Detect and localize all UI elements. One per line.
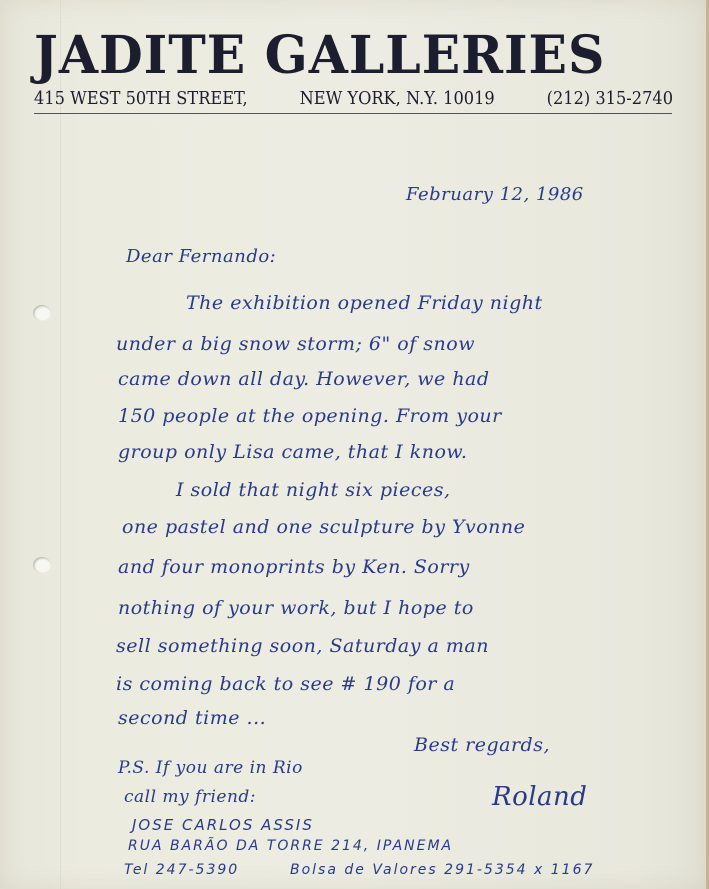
gallery-phone: (212) 315-2740 [547, 89, 673, 109]
punch-hole-lower [33, 557, 51, 573]
postscript-line: P.S. If you are in Rio [118, 758, 303, 778]
punch-hole-upper [33, 305, 51, 321]
body-line: and four monoprints by Ken. Sorry [118, 556, 470, 578]
letter-paper: JADITE GALLERIES 415 WEST 50TH STREET, N… [0, 0, 706, 889]
postscript-line: call my friend: [124, 787, 256, 807]
contact-name: JOSE CARLOS ASSIS [132, 816, 314, 834]
body-line: is coming back to see # 190 for a [116, 673, 455, 695]
body-line: nothing of your work, but I hope to [118, 597, 474, 619]
gallery-street: 415 WEST 50TH STREET, [34, 89, 248, 109]
letter-date: February 12, 1986 [406, 184, 584, 205]
body-line: second time ... [118, 707, 266, 729]
gallery-address: 415 WEST 50TH STREET, NEW YORK, N.Y. 100… [34, 89, 673, 109]
body-line: sell something soon, Saturday a man [116, 635, 489, 657]
signature: Roland [492, 782, 587, 812]
contact-work-phone: Bolsa de Valores 291-5354 x 1167 [290, 862, 594, 878]
closing: Best regards, [414, 734, 550, 756]
body-line: I sold that night six pieces, [176, 479, 451, 501]
salutation: Dear Fernando: [126, 246, 276, 267]
letterhead-rule [34, 113, 672, 114]
body-line: under a big snow storm; 6" of snow [116, 333, 475, 355]
body-line: The exhibition opened Friday night [186, 292, 543, 314]
body-line: came down all day. However, we had [118, 368, 490, 390]
body-line: group only Lisa came, that I know. [118, 441, 467, 463]
body-line: 150 people at the opening. From your [118, 405, 502, 427]
paper-fold [60, 0, 61, 889]
contact-address: RUA BARÃO DA TORRE 214, IPANEMA [128, 838, 453, 854]
contact-phone: Tel 247-5390 [124, 862, 239, 878]
gallery-name: JADITE GALLERIES [34, 28, 655, 84]
body-line: one pastel and one sculpture by Yvonne [122, 516, 525, 538]
gallery-city: NEW YORK, N.Y. 10019 [300, 89, 495, 109]
